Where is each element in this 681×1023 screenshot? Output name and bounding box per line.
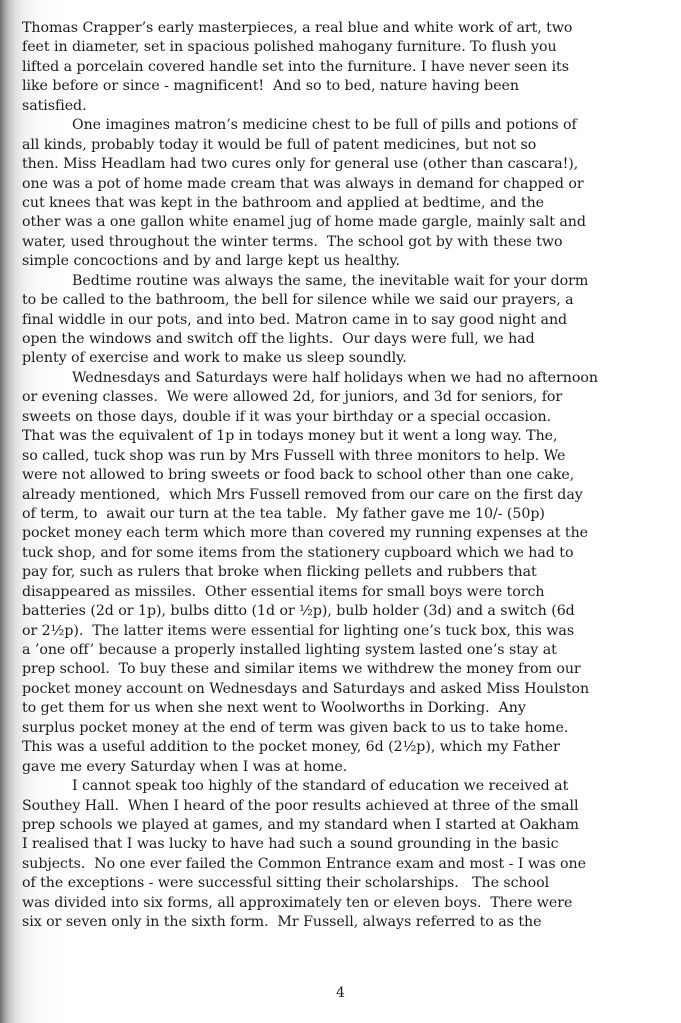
text-line: or 2½p). The latter items were essential… [22, 622, 662, 641]
text-line: disappeared as missiles. Other essential… [22, 583, 662, 602]
text-line: subjects. No one ever failed the Common … [22, 855, 662, 874]
text-line: one was a pot of home made cream that wa… [22, 175, 662, 194]
text-line: to get them for us when she next went to… [22, 699, 662, 718]
text-line: sweets on those days, double if it was y… [22, 408, 662, 427]
text-line: so called, tuck shop was run by Mrs Fuss… [22, 447, 662, 466]
text-line: other was a one gallon white enamel jug … [22, 213, 662, 232]
text-line: of term, to await our turn at the tea ta… [22, 505, 662, 524]
text-line: pocket money account on Wednesdays and S… [22, 680, 662, 699]
text-line: like before or since - magnificent! And … [22, 77, 662, 96]
text-line: final widdle in our pots, and into bed. … [22, 311, 662, 330]
text-line: feet in diameter, set in spacious polish… [22, 38, 662, 57]
text-line: of the exceptions - were successful sitt… [22, 874, 662, 893]
document-page: Thomas Crapper’s early masterpieces, a r… [22, 19, 662, 933]
text-line: lifted a porcelain covered handle set in… [22, 58, 662, 77]
text-line: tuck shop, and for some items from the s… [22, 544, 662, 563]
text-line: satisfied. [22, 97, 662, 116]
text-line: pocket money each term which more than c… [22, 524, 662, 543]
text-line: were not allowed to bring sweets or food… [22, 466, 662, 485]
text-line: gave me every Saturday when I was at hom… [22, 758, 662, 777]
text-line: Thomas Crapper’s early masterpieces, a r… [22, 19, 662, 38]
text-line: open the windows and switch off the ligh… [22, 330, 662, 349]
text-line: Southey Hall. When I heard of the poor r… [22, 797, 662, 816]
text-line: One imagines matron’s medicine chest to … [22, 116, 662, 135]
text-line: or evening classes. We were allowed 2d, … [22, 388, 662, 407]
text-line: Bedtime routine was always the same, the… [22, 272, 662, 291]
page-number: 4 [0, 985, 681, 1001]
text-line: prep schools we played at games, and my … [22, 816, 662, 835]
text-line: batteries (2d or 1p), bulbs ditto (1d or… [22, 602, 662, 621]
text-line: Wednesdays and Saturdays were half holid… [22, 369, 662, 388]
text-line: I realised that I was lucky to have had … [22, 835, 662, 854]
text-line: already mentioned, which Mrs Fussell rem… [22, 486, 662, 505]
text-line: water, used throughout the winter terms.… [22, 233, 662, 252]
text-line: surplus pocket money at the end of term … [22, 719, 662, 738]
text-line: cut knees that was kept in the bathroom … [22, 194, 662, 213]
text-line: plenty of exercise and work to make us s… [22, 349, 662, 368]
text-line: six or seven only in the sixth form. Mr … [22, 913, 662, 932]
text-line: prep school. To buy these and similar it… [22, 660, 662, 679]
text-line: to be called to the bathroom, the bell f… [22, 291, 662, 310]
text-line: That was the equivalent of 1p in todays … [22, 427, 662, 446]
text-line: all kinds, probably today it would be fu… [22, 136, 662, 155]
text-line: was divided into six forms, all approxim… [22, 894, 662, 913]
text-line: a ’one off’ because a properly installed… [22, 641, 662, 660]
text-line: pay for, such as rulers that broke when … [22, 563, 662, 582]
text-line: simple concoctions and by and large kept… [22, 252, 662, 271]
body-text: Thomas Crapper’s early masterpieces, a r… [22, 19, 662, 933]
text-line: then. Miss Headlam had two cures only fo… [22, 155, 662, 174]
text-line: This was a useful addition to the pocket… [22, 738, 662, 757]
text-line: I cannot speak too highly of the standar… [22, 777, 662, 796]
